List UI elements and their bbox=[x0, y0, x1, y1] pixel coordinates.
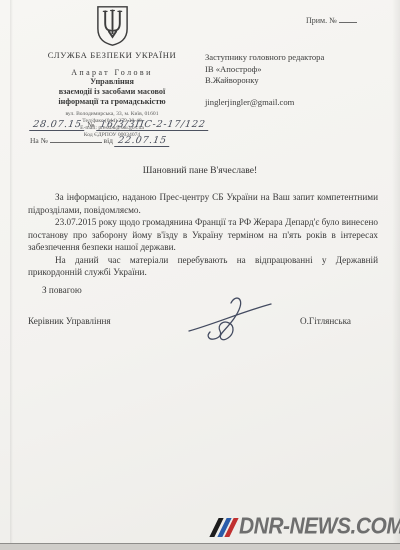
unit-line-2: Управління bbox=[26, 77, 198, 87]
watermark-text: DNR-NEWS.COM bbox=[239, 514, 400, 540]
reply-from-label: від bbox=[104, 136, 113, 145]
reply-reference-line: На № від 22.07.15 bbox=[30, 134, 170, 147]
body-paragraph-2: 23.07.2015 року щодо громадянина Франції… bbox=[28, 216, 378, 254]
outgoing-date-handwritten: 28.07.15 bbox=[29, 119, 85, 131]
copy-number-label: Прим. № bbox=[306, 16, 337, 25]
scanned-letter-page: Прим. № СЛУЖБА БЕЗПЕКИ УКРАЇНИ Апарат Го… bbox=[0, 0, 400, 550]
recipient-name: В.Жайворонку bbox=[205, 75, 383, 87]
reply-label: На № bbox=[30, 136, 48, 145]
recipient-block: Заступнику головного редактора ІВ «Апост… bbox=[205, 52, 383, 108]
trident-emblem-icon bbox=[94, 5, 131, 47]
recipient-org: ІВ «Апостроф» bbox=[205, 64, 383, 76]
org-name: СЛУЖБА БЕЗПЕКИ УКРАЇНИ bbox=[26, 50, 198, 60]
address-street: вул. Володимирська, 33, м. Київ, 01601 bbox=[26, 111, 198, 118]
copy-number-line: Прим. № bbox=[306, 14, 357, 25]
closing-regards: З повагою bbox=[42, 285, 82, 295]
letter-body: За інформацією, наданою Прес-центру СБ У… bbox=[28, 191, 378, 279]
number-sign: № bbox=[87, 120, 94, 129]
paper-fold-shadow bbox=[10, 0, 13, 543]
signer-title: Керівник Управління bbox=[28, 316, 111, 326]
unit-line-4: інформації та громадськістю bbox=[26, 97, 198, 107]
outgoing-reference-line: 28.07.15 № 16/3/ЗПС-2-17/122 bbox=[30, 119, 208, 131]
unit-line-1: Апарат Голови bbox=[26, 68, 198, 77]
outgoing-number-handwritten: 16/3/ЗПС-2-17/122 bbox=[96, 119, 209, 131]
body-paragraph-3: На даний час матеріали перебувають на ві… bbox=[28, 254, 378, 279]
unit-line-3: взаємодії із засобами масової bbox=[26, 87, 198, 97]
reply-date-handwritten: 22.07.15 bbox=[114, 135, 170, 147]
recipient-email: jinglerjingler@gmail.com bbox=[205, 97, 383, 109]
blank-line bbox=[50, 134, 102, 143]
recipient-title: Заступнику головного редактора bbox=[205, 52, 383, 64]
watermark: DNR-NEWS.COM bbox=[214, 512, 400, 542]
signer-name: О.Гітлянська bbox=[300, 316, 351, 326]
scan-bottom-edge bbox=[0, 543, 400, 550]
salutation: Шановний пане В'ячеславе! bbox=[0, 165, 400, 176]
blank-line bbox=[339, 14, 357, 23]
body-paragraph-1: За інформацією, наданою Прес-центру СБ У… bbox=[28, 191, 378, 216]
scan-edge-shadow bbox=[392, 0, 400, 543]
handwritten-signature bbox=[183, 291, 275, 347]
